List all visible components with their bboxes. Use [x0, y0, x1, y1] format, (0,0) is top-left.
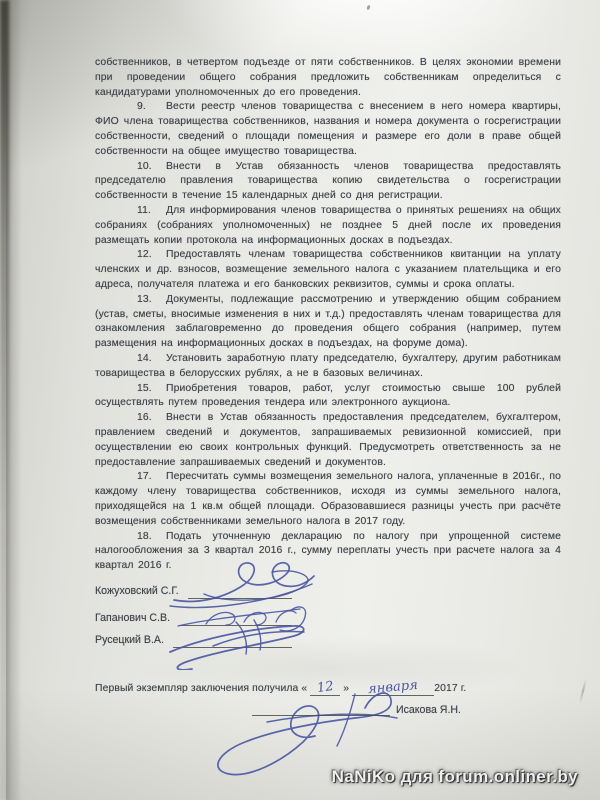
clause-9: 9.Вести реестр членов товарищества с вне…	[95, 100, 561, 159]
signature-row-1: Кожуховский С.Г.	[95, 585, 292, 597]
clause-number: 15.	[137, 382, 166, 397]
receipt-line: Первый экземпляр заключения получила « 1…	[95, 680, 535, 696]
clause-number: 14.	[137, 352, 166, 367]
signature-scribble-receiver	[205, 686, 405, 780]
clause-number: 11.	[137, 204, 166, 219]
clause-number: 16.	[137, 411, 166, 426]
clause-number: 17.	[137, 470, 166, 485]
clause-number: 10.	[137, 160, 166, 175]
clause-18: 18.Подать уточненную декларацию по налог…	[95, 530, 561, 574]
paper-speck	[366, 5, 371, 11]
handwritten-day: 12	[310, 680, 340, 696]
clause-17: 17.Пересчитать суммы возмещения земельно…	[95, 470, 561, 529]
receiver-signature-line	[252, 705, 390, 716]
clause-number: 13.	[137, 293, 166, 308]
signature-row-2: Гапанович С.В.	[95, 612, 292, 624]
clause-10: 10.Внести в Устав обязанность членов тов…	[95, 160, 561, 204]
clause-12: 12.Предоставлять членам товарищества соб…	[95, 248, 561, 292]
open-quote: «	[301, 683, 307, 694]
clause-intro: собственников, в четвертом подъезде от п…	[95, 56, 561, 100]
signature-row-3: Русецкий В.А.	[95, 634, 292, 646]
signature-line	[173, 637, 292, 648]
signatory-name: Русецкий В.А.	[95, 634, 164, 646]
handwritten-month: января	[352, 680, 434, 696]
clause-14: 14.Установить заработную плату председат…	[95, 352, 561, 382]
clause-number: 9.	[137, 100, 166, 115]
signatory-name: Кожуховский С.Г.	[95, 585, 179, 597]
document-photo: собственников, в четвертом подъезде от п…	[0, 0, 600, 800]
watermark: NaNiKo для forum.onliner.by	[332, 767, 578, 787]
clause-number: 12.	[137, 248, 166, 263]
clause-13: 13.Документы, подлежащие рассмотрению и …	[95, 293, 561, 352]
signature-line	[179, 615, 292, 626]
clause-number: 18.	[137, 530, 166, 545]
close-quote: »	[343, 683, 349, 694]
receiver-row: Исакова Я.Н.	[252, 704, 461, 716]
clause-15: 15.Приобретения товаров, работ, услуг ст…	[95, 382, 561, 412]
paper-scratch	[579, 678, 587, 704]
paper-left-edge-shadow	[6, 0, 22, 800]
receipt-year: 2017 г.	[434, 683, 466, 694]
clause-11: 11.Для информирования членов товариществ…	[95, 204, 561, 248]
receiver-name: Исакова Я.Н.	[396, 704, 461, 716]
signature-line	[188, 588, 292, 599]
clause-16: 16.Внести в Устав обязанность предоставл…	[95, 411, 561, 470]
receipt-label: Первый экземпляр заключения получила	[95, 683, 298, 694]
signatory-name: Гапанович С.В.	[95, 612, 170, 624]
document-text-block: собственников, в четвертом подъезде от п…	[95, 56, 561, 574]
